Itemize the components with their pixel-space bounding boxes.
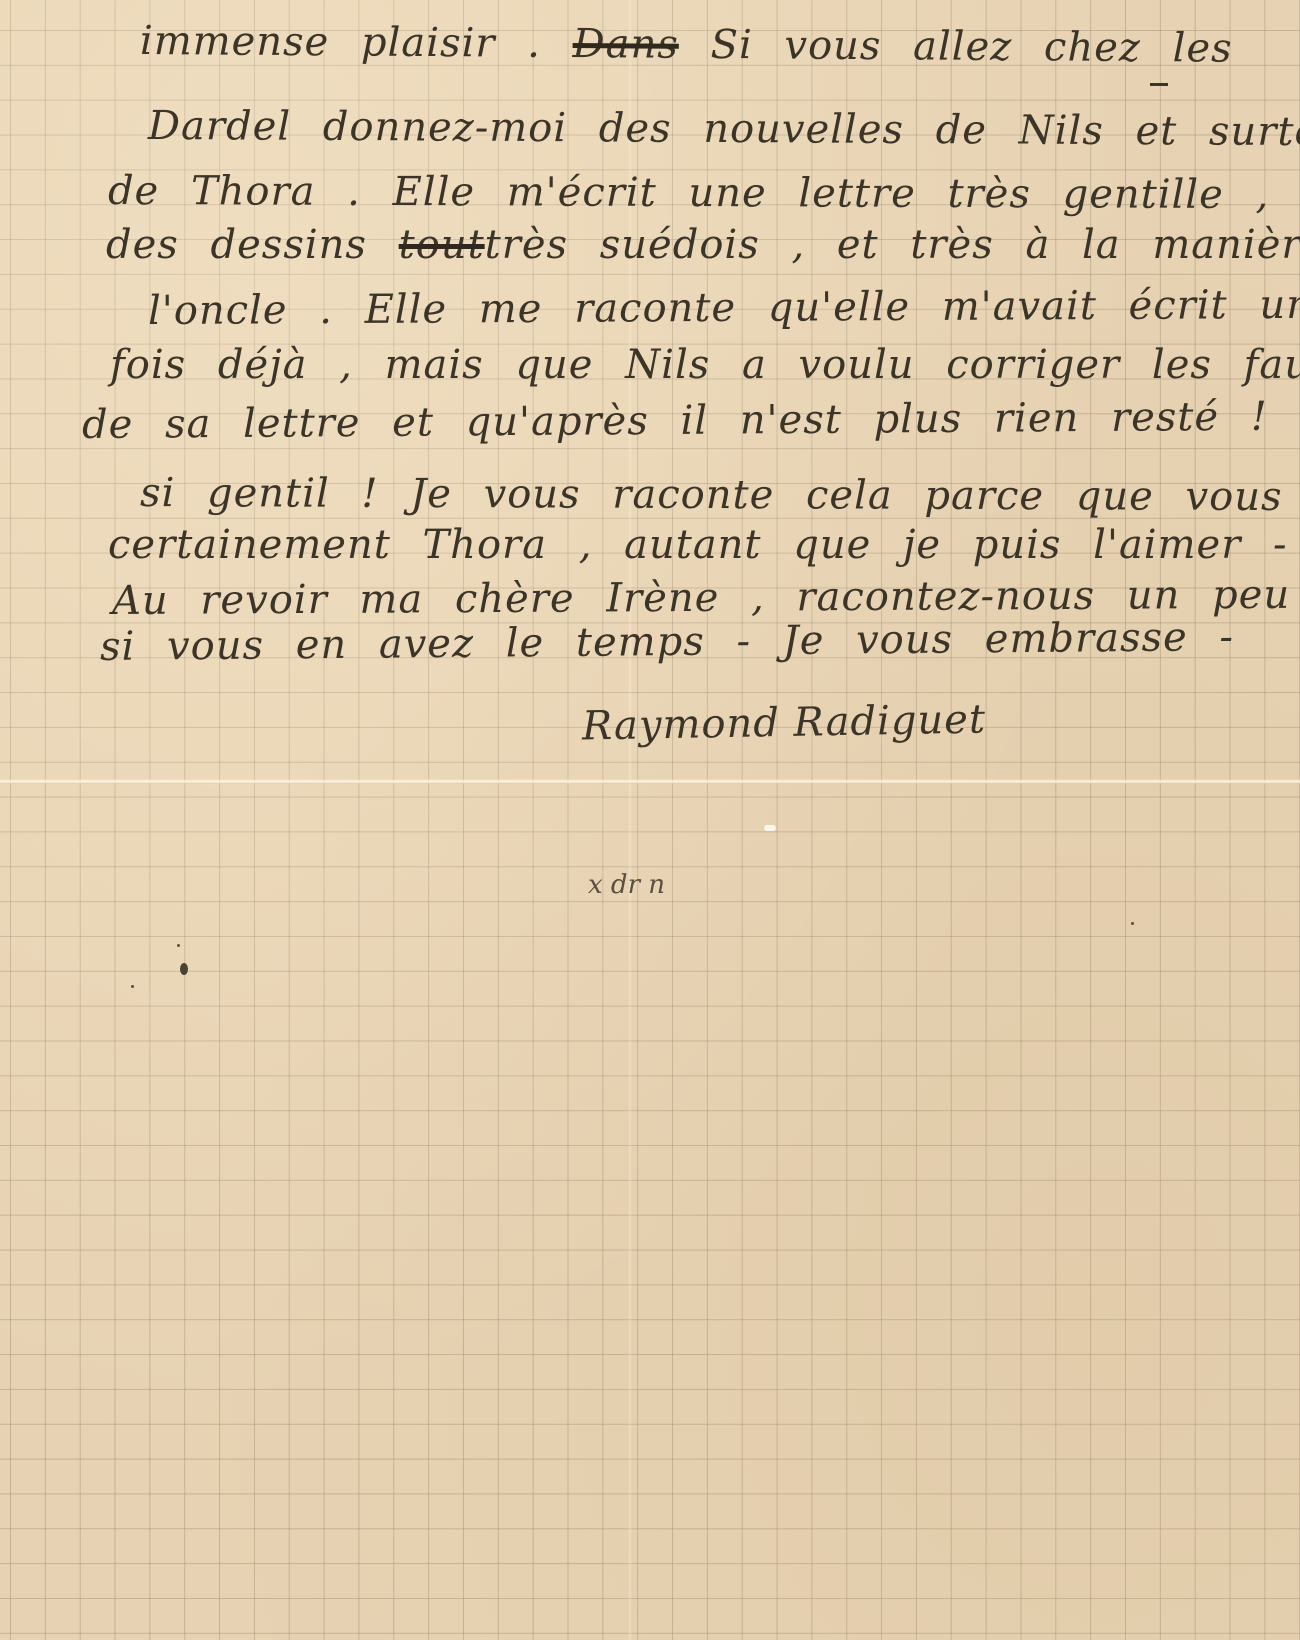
line-4-after: très suédois , et très à la manière de [485,222,1300,268]
letter-line-8: si gentil ! Je vous raconte cela parce q… [140,470,1300,521]
letter-line-3: de Thora . Elle m'écrit une lettre très … [108,168,1300,219]
underline-mark [1150,83,1168,86]
line-1-after: Si vous allez chez les [679,22,1233,72]
ink-blot [180,963,188,975]
letter-line-7: de sa lettre et qu'après il n'est plus r… [82,393,1300,448]
line-1-before: immense plaisir . [140,18,573,67]
letter-line-4: des dessins touttrès suédois , et très à… [106,222,1300,268]
ink-dot [177,944,180,947]
paper-hole [764,825,776,831]
horizontal-fold-crease [0,779,1300,784]
letter-line-6: fois déjà , mais que Nils a voulu corrig… [110,342,1300,388]
letter-line-2: Dardel donnez-moi des nouvelles de Nils … [148,103,1300,155]
signature: Raymond Radiguet [582,696,987,749]
struck-word-tout: tout [399,222,485,268]
letter-line-9: certainement Thora , autant que je puis … [108,522,1288,568]
letter-line-5: l'oncle . Elle me raconte qu'elle m'avai… [148,282,1300,334]
ink-dot [131,985,134,988]
marginal-scribble: x dr n [588,870,665,900]
struck-word-dans: Dans [572,21,679,68]
line-4-before: des dessins [106,222,399,268]
ink-dot [1131,922,1134,925]
letter-line-1: immense plaisir . Dans Si vous allez che… [140,18,1233,72]
